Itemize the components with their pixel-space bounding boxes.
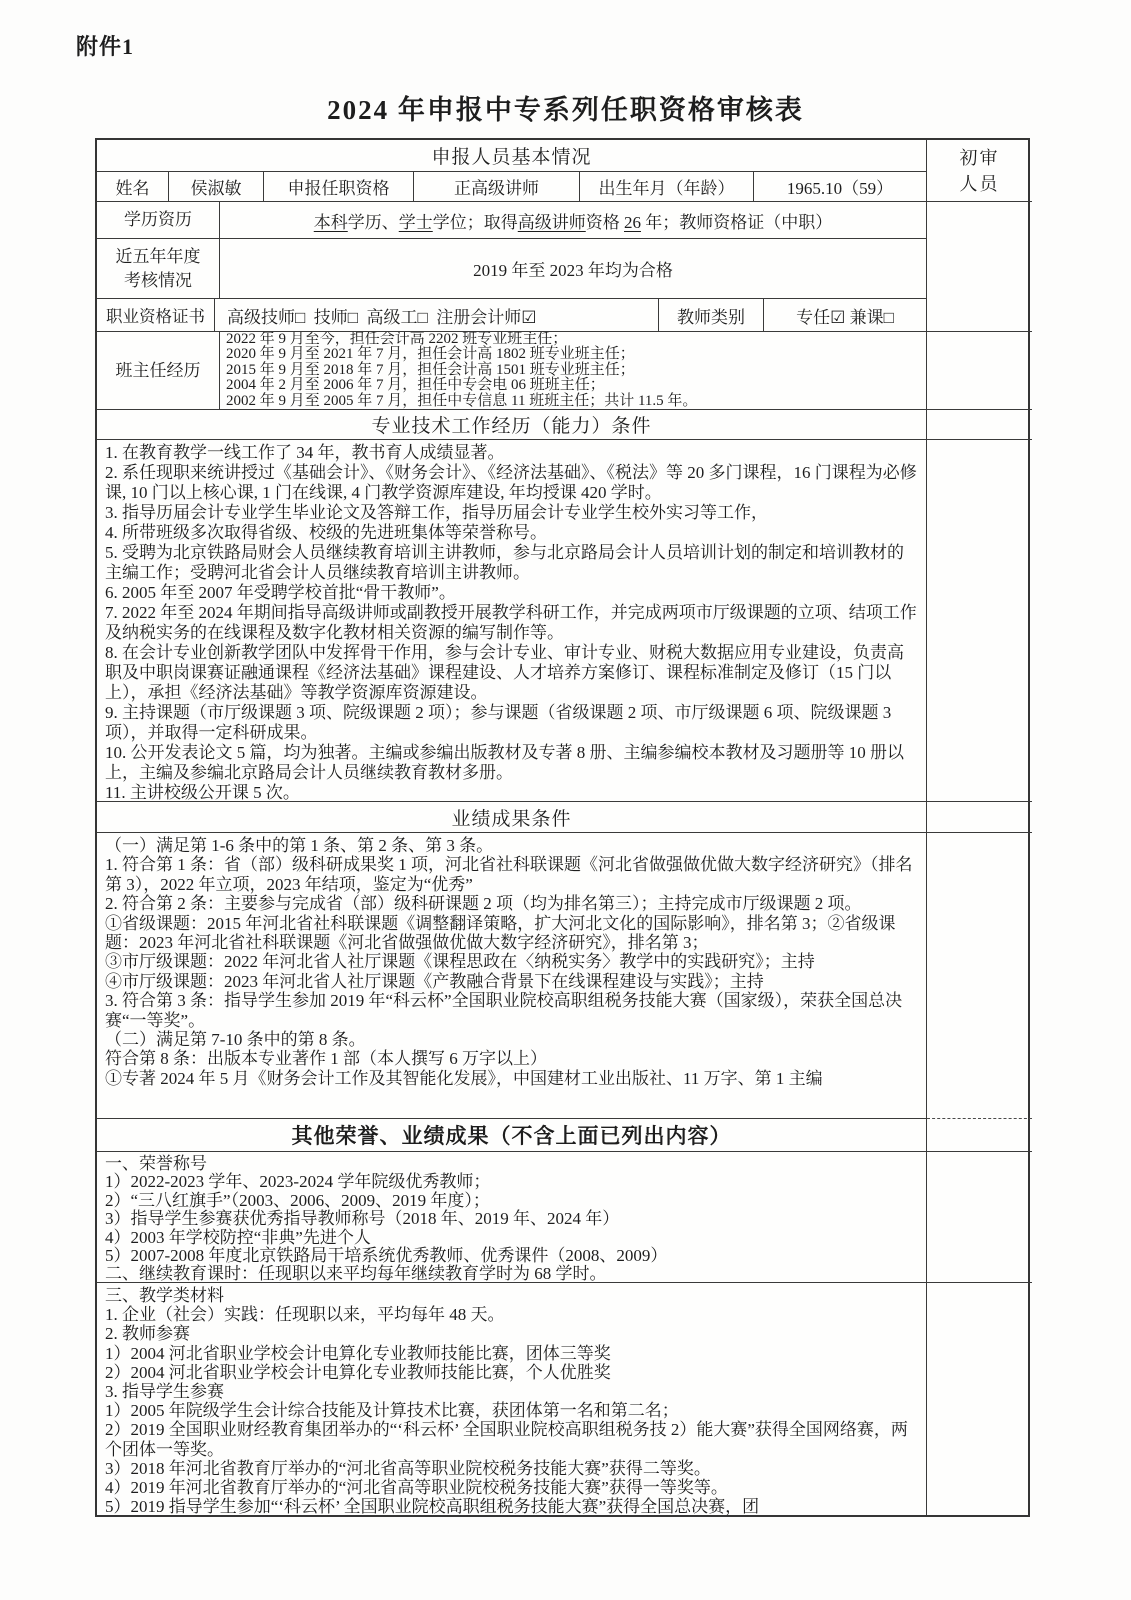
certificate-row: 职业资格证书 高级技师□ 技师□ 高级工□ 注册会计师☑ 教师类别 专任☑ 兼课… (97, 299, 927, 332)
homeroom-line: 2015 年 9 月至 2018 年 7 月，担任会计高 1501 班专业班主任… (226, 363, 920, 378)
education-text: 资格 (586, 213, 624, 232)
homeroom-line: 2002 年 9 月至 2005 年 7 月，担任中专信息 11 班班主任；共计… (226, 394, 920, 409)
tech-experience-paragraph: 3. 指导历届会计专业学生毕业论文及答辩工作，指导历届会计专业学生校外实习等工作… (105, 503, 918, 523)
education-text: 年；教师资格证（中职） (641, 213, 832, 232)
achievement-paragraph: （一）满足第 1-6 条中的第 1 条、第 2 条、第 3 条。 (105, 836, 918, 855)
teaching-materials-line: 2）2019 全国职业财经教育集团举办的“‘科云杯’ 全国职业院校高职组税务技 … (105, 1420, 918, 1458)
education-text: 学历、 (348, 213, 399, 232)
reviewer-empty-cell-8 (927, 1152, 1032, 1283)
teaching-materials-line: 1）2005 年院级学生会计综合技能及计算技术比赛，获团体第一名和第二名； (105, 1401, 918, 1420)
initial-reviewer-header-cell: 初审 人员 (927, 140, 1032, 202)
scanned-document-page: 附件1 2024 年申报中专系列任职资格审核表 申报人员基本情况 初审 人员 姓… (0, 0, 1131, 1600)
education-text: 学位；取得 (433, 213, 518, 232)
honors-line: 4）2003 年学校防控“非典”先进个人 (105, 1229, 918, 1247)
achievement-paragraph: 2. 符合第 2 条：主要参与完成省（部）级科研课题 2 项（均为排名第三）；主… (105, 894, 918, 913)
reviewer-empty-cell-7 (927, 1119, 1032, 1152)
page-title: 2024 年申报中专系列任职资格审核表 (0, 88, 1131, 127)
reviewer-empty-cell-4 (927, 440, 1032, 802)
teaching-materials-line: 1）2004 河北省职业学校会计电算化专业教师技能比赛，团体三等奖 (105, 1344, 918, 1363)
teaching-materials-line: 5）2019 指导学生参加“‘科云杯’ 全国职业院校高职组税务技能大赛”获得全国… (105, 1497, 918, 1515)
reviewer-empty-cell-9 (927, 1283, 1032, 1515)
teaching-materials-line: 3）2018 年河北省教育厅举办的“河北省高等职业院校税务技能大赛”获得二等奖。 (105, 1459, 918, 1478)
tech-experience-content: 1. 在教育教学一线工作了 34 年，教书育人成绩显著。2. 系任现职来统讲授过… (97, 440, 927, 802)
tech-experience-paragraph: 5. 受聘为北京铁路局财会人员继续教育培训主讲教师，参与北京路局会计人员培训计划… (105, 543, 918, 583)
reviewer-empty-cell-5 (927, 802, 1032, 833)
reviewer-empty-cell-3 (927, 410, 1032, 440)
tech-experience-paragraph: 2. 系任现职来统讲授过《基础会计》、《财务会计》、《经济法基础》、《税法》等 … (105, 463, 918, 503)
achievement-paragraph: 符合第 8 条：出版本专业著作 1 部（本人撰写 6 万字以上） (105, 1049, 918, 1068)
teaching-materials-line: 3. 指导学生参赛 (105, 1382, 918, 1401)
basic-info-section-header: 申报人员基本情况 (97, 140, 927, 172)
assessment-label-line2: 考核情况 (124, 269, 192, 293)
teaching-materials-line: 三、教学类材料 (105, 1286, 918, 1305)
achievement-paragraph: ④市厅级课题：2023 年河北省人社厅课题《产教融合背景下在线课程建设与实践》；… (105, 972, 918, 991)
achievement-paragraph: 3. 符合第 3 条：指导学生参加 2019 年“科云杯”全国职业院校高职组税务… (105, 991, 918, 1030)
education-underlined-lecturer: 高级讲师 (518, 213, 586, 232)
achievement-paragraph: 1. 符合第 1 条：省（部）级科研成果奖 1 项，河北省社科联课题《河北省做强… (105, 855, 918, 894)
achievement-paragraph: ①省级课题：2015 年河北省社科联课题《调整翻译策略，扩大河北文化的国际影响》… (105, 914, 918, 953)
education-underlined-bachelor: 学士 (399, 213, 433, 232)
homeroom-row: 班主任经历 2022 年 9 月至今，担任会计高 2202 班专业班主任；202… (97, 332, 927, 410)
assessment-value: 2019 年至 2023 年均为合格 (220, 239, 926, 298)
birth-date-value: 1965.10（59） (754, 172, 926, 201)
reviewer-empty-cell-2 (927, 332, 1032, 410)
homeroom-history: 2022 年 9 月至今，担任会计高 2202 班专业班主任；2020 年 9 … (220, 332, 926, 409)
tech-experience-paragraph: 4. 所带班级多次取得省级、校级的先进班集体等荣誉称号。 (105, 523, 918, 543)
review-form-table: 申报人员基本情况 初审 人员 姓名 侯淑敏 申报任职资格 正高级讲师 出生年月（… (95, 138, 1030, 1517)
assessment-label-line1: 近五年年度 (116, 245, 201, 269)
honors-line: 1）2022-2023 学年、2023-2024 学年院级优秀教师； (105, 1173, 918, 1191)
tech-experience-paragraph: 8. 在会计专业创新教学团队中发挥骨干作用，参与会计专业、审计专业、财税大数据应… (105, 643, 918, 703)
certificate-label: 职业资格证书 (97, 299, 215, 331)
name-row: 姓名 侯淑敏 申报任职资格 正高级讲师 出生年月（年龄） 1965.10（59） (97, 172, 927, 202)
tech-experience-section-header: 专业技术工作经历（能力）条件 (97, 410, 927, 440)
education-underlined-degree: 本科 (314, 213, 348, 232)
honors-line: 5）2007-2008 年度北京铁路局干培系统优秀教师、优秀课件（2008、20… (105, 1247, 918, 1265)
reviewer-label-line2: 人员 (960, 171, 1000, 197)
birth-date-label: 出生年月（年龄） (580, 172, 754, 201)
tech-experience-paragraph: 9. 主持课题（市厅级课题 3 项、院级课题 2 项）；参与课题（省级课题 2 … (105, 703, 918, 743)
honors-content: 一、荣誉称号1）2022-2023 学年、2023-2024 学年院级优秀教师；… (97, 1152, 927, 1283)
achievement-paragraph: （二）满足第 7-10 条中的第 8 条。 (105, 1030, 918, 1049)
teaching-materials-line: 2）2004 河北省职业学校会计电算化专业教师技能比赛，个人优胜奖 (105, 1363, 918, 1382)
achievement-paragraph: ①专著 2024 年 5 月《财务会计工作及其智能化发展》，中国建材工业出版社、… (105, 1069, 918, 1088)
teaching-materials-line: 1. 企业（社会）实践：任现职以来，平均每年 48 天。 (105, 1305, 918, 1324)
homeroom-line: 2004 年 2 月至 2006 年 7 月，担任中专会电 06 班班主任； (226, 378, 920, 393)
certificate-checkboxes: 高级技师□ 技师□ 高级工□ 注册会计师☑ (215, 299, 659, 331)
honors-line: 3）指导学生参赛获优秀指导教师称号（2018 年、2019 年、2024 年） (105, 1210, 918, 1228)
education-value: 本科学历、学士学位；取得高级讲师资格 26 年；教师资格证（中职） (220, 202, 926, 238)
name-label: 姓名 (97, 172, 169, 201)
education-label: 学历资历 (97, 202, 220, 238)
achievement-paragraph: ③市厅级课题：2022 年河北省人社厅课题《课程思政在〈纳税实务〉教学中的实践研… (105, 952, 918, 971)
teaching-materials-line: 2. 教师参赛 (105, 1324, 918, 1343)
declared-title-label: 申报任职资格 (264, 172, 414, 201)
teacher-type-checkboxes: 专任☑ 兼课□ (764, 299, 926, 331)
homeroom-label: 班主任经历 (97, 332, 220, 409)
achievement-section-header: 业绩成果条件 (97, 802, 927, 833)
teacher-type-label: 教师类别 (659, 299, 764, 331)
tech-experience-paragraph: 10. 公开发表论文 5 篇，均为独著。主编或参编出版教材及专著 8 册、主编参… (105, 743, 918, 783)
reviewer-empty-cell-6 (927, 833, 1032, 1119)
attachment-label: 附件1 (76, 30, 134, 61)
other-honors-section-header: 其他荣誉、业绩成果（不含上面已列出内容） (97, 1119, 927, 1152)
honors-line: 2）“三八红旗手”（2003、2006、2009、2019 年度）； (105, 1192, 918, 1210)
honors-line: 二、继续教育课时：任现职以来平均每年继续教育学时为 68 学时。 (105, 1265, 918, 1283)
tech-experience-paragraph: 11. 主讲校级公开课 5 次。 (105, 783, 918, 802)
tech-experience-paragraph: 7. 2022 年至 2024 年期间指导高级讲师或副教授开展教学科研工作，并完… (105, 603, 918, 643)
name-value: 侯淑敏 (169, 172, 264, 201)
teaching-materials-line: 4）2019 年河北省教育厅举办的“河北省高等职业院校税务技能大赛”获得一等奖等… (105, 1478, 918, 1497)
tech-experience-paragraph: 1. 在教育教学一线工作了 34 年，教书育人成绩显著。 (105, 443, 918, 463)
education-row: 学历资历 本科学历、学士学位；取得高级讲师资格 26 年；教师资格证（中职） (97, 202, 927, 239)
homeroom-line: 2020 年 9 月至 2021 年 7 月，担任会计高 1802 班专业班主任… (226, 347, 920, 362)
education-underlined-years: 26 (624, 213, 641, 232)
achievement-content: （一）满足第 1-6 条中的第 1 条、第 2 条、第 3 条。1. 符合第 1… (97, 833, 927, 1119)
teaching-materials-content: 三、教学类材料1. 企业（社会）实践：任现职以来，平均每年 48 天。2. 教师… (97, 1283, 927, 1515)
reviewer-empty-cell-1 (927, 202, 1032, 332)
assessment-label: 近五年年度 考核情况 (97, 239, 220, 298)
tech-experience-paragraph: 6. 2005 年至 2007 年受聘学校首批“骨干教师”。 (105, 583, 918, 603)
assessment-row: 近五年年度 考核情况 2019 年至 2023 年均为合格 (97, 239, 927, 299)
reviewer-label-line1: 初审 (960, 145, 1000, 171)
declared-title-value: 正高级讲师 (414, 172, 580, 201)
honors-line: 一、荣誉称号 (105, 1155, 918, 1173)
